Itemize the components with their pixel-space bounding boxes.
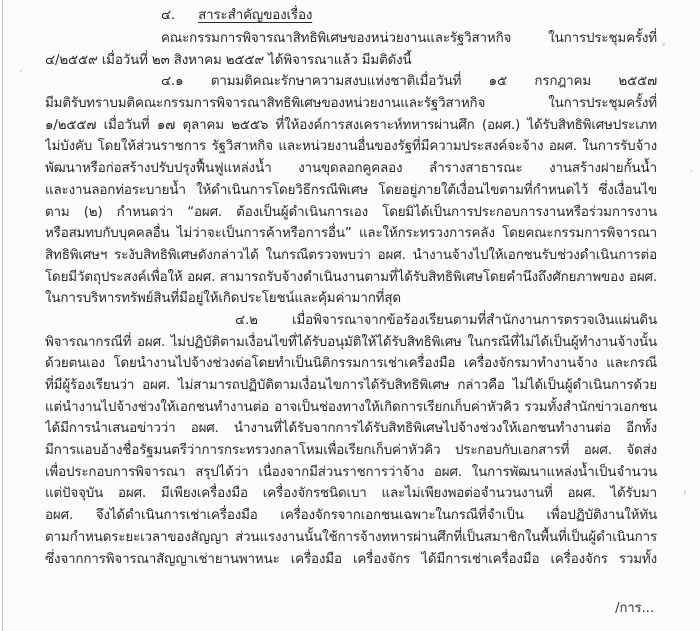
scan-speck (20, 70, 22, 72)
text-line: ที่มีผู้ร้องเรียนว่า อผศ. ไม่สามารถปฏิบั… (45, 375, 657, 397)
intro-paragraph: คณะกรรมการพิจารณาสิทธิพิเศษของหน่วยงานแล… (45, 28, 657, 71)
text-line: ๔.๑ ตามมติคณะรักษาความสงบแห่งชาติเมื่อวั… (45, 71, 657, 93)
text-line: แต่นำงานไปจ้างช่วงให้เอกชนทำงานต่อ อาจเป… (45, 397, 657, 419)
scan-speck (690, 170, 692, 172)
page-continuation-marker: /การ... (615, 597, 654, 618)
text-line: ตาม (๒) กำหนดว่า “อผศ. ต้องเป็นผู้ดำเนิน… (45, 202, 657, 224)
text-line: ด้วยตนเอง โดยนำงานไปจ้างช่วงต่อโดยทำเป็น… (45, 353, 657, 375)
scan-border-line (2, 0, 3, 631)
section-number: ๔. (161, 4, 194, 28)
text-line: โดยมีวัตถุประสงค์เพื่อให้ อผศ. สามารถรับ… (45, 267, 657, 289)
scan-speck (662, 43, 665, 46)
text-line: ๔.๒ เมื่อพิจารณาจากข้อร้องเรียนตามที่สำน… (45, 310, 657, 332)
text-line: ๔/๒๕๕๙ เมื่อวันที่ ๒๓ สิงหาคม ๒๕๕๙ ได้พิ… (45, 50, 657, 72)
text-line: พิจารณากรณีที่ อผศ. ไม่ปฏิบัติตามเงื่อนไ… (45, 332, 657, 354)
text-line: อผศ. จึงได้ดำเนินการเช่าเครื่องมือ เครื่… (45, 505, 657, 527)
section-title: สาระสำคัญของเรื่อง (198, 8, 312, 23)
text-line: ๑/๒๕๕๗ เมื่อวันที่ ๑๗ ตุลาคม ๒๕๕๖ ที่ให้… (45, 115, 657, 137)
text-line: ในการบริหารทรัพย์สินที่มีอยู่ให้เกิดประโ… (45, 288, 657, 310)
text-line: แต่ปัจจุบัน อผศ. มีเพียงเครื่องมือ เครื่… (45, 483, 657, 505)
text-line: เพื่อประกอบการพิจารณา สรุปได้ว่า เนื่องจ… (45, 462, 657, 484)
text-line: มีมติรับทราบมติคณะกรรมการพิจารณาสิทธิพิเ… (45, 93, 657, 115)
text-line: พัฒนาหรือก่อสร้างปรับปรุงฟื้นฟูแหล่งน้ำ … (45, 158, 657, 180)
text-line: ตามกำหนดระยะเวลาของสัญญา ส่วนแรงงานนั้นใ… (45, 527, 657, 549)
paragraph-4-2: ๔.๒ เมื่อพิจารณาจากข้อร้องเรียนตามที่สำน… (45, 310, 657, 570)
text-line: ได้มีการนำเสนอข่าวว่า อผศ. นำงานที่ได้รั… (45, 418, 657, 440)
text-line: ไม่บังคับ โดยให้ส่วนราชการ รัฐวิสาหกิจ แ… (45, 136, 657, 158)
paragraph-4-1: ๔.๑ ตามมติคณะรักษาความสงบแห่งชาติเมื่อวั… (45, 71, 657, 310)
text-line: มีการแอบอ้างชื่อรัฐมนตรีว่าการกระทรวงกลา… (45, 440, 657, 462)
text-line: ซึ่งจากการพิจารณาสัญญาเช่ายานพาหนะ เครื่… (45, 549, 657, 571)
text-line: หรือสมทบกับบุคคลอื่น ไม่ว่าจะเป็นการค้าห… (45, 223, 657, 245)
document-page: ๔. สาระสำคัญของเรื่อง คณะกรรมการพิจารณาส… (45, 4, 657, 570)
text-line: และงานลอกท่อระบายน้ำ ให้ดำเนินการโดยวิธี… (45, 180, 657, 202)
section-heading: ๔. สาระสำคัญของเรื่อง (45, 4, 657, 28)
text-line: คณะกรรมการพิจารณาสิทธิพิเศษของหน่วยงานแล… (45, 28, 657, 50)
text-line: สิทธิพิเศษฯ ระงับสิทธิพิเศษดังกล่าวได้ ใ… (45, 245, 657, 267)
scan-speck (684, 490, 686, 495)
